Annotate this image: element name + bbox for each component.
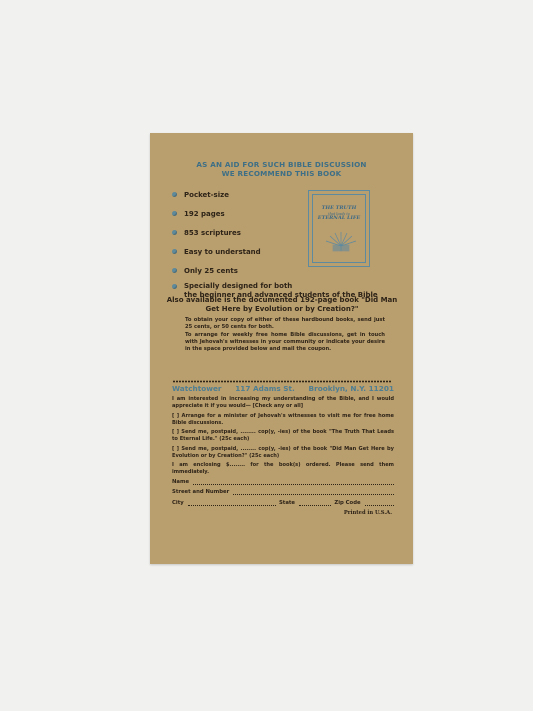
checkbox-option-truth-book[interactable]: [ ] Send me, postpaid, ........ cop(y, -…	[172, 429, 394, 443]
bullet-icon	[172, 192, 177, 197]
heading-line-1: AS AN AID FOR SUCH BIBLE DISCUSSION	[150, 160, 413, 169]
feature-list: Pocket-size 192 pages 853 scriptures Eas…	[172, 185, 322, 280]
enclosing-text: I am enclosing $........ for the book(s)…	[172, 462, 394, 476]
feature-item: 192 pages	[172, 204, 322, 223]
street-address: 117 Adams St.	[235, 384, 295, 393]
feature-item: Pocket-size	[172, 185, 322, 204]
org-name: Watchtower	[172, 384, 222, 393]
cut-line-divider	[172, 380, 392, 383]
pamphlet-card: AS AN AID FOR SUCH BIBLE DISCUSSION WE R…	[150, 133, 413, 564]
bullet-icon	[172, 211, 177, 216]
feature-item: Only 25 cents	[172, 261, 322, 280]
arrange-text: To arrange for weekly free home Bible di…	[185, 332, 385, 353]
checkbox-option-evolution-book[interactable]: [ ] Send me, postpaid, ........ cop(y, -…	[172, 446, 394, 460]
bullet-icon	[172, 249, 177, 254]
heading-line-2: WE RECOMMEND THIS BOOK	[150, 169, 413, 178]
book-cover-image: THE TRUTH that leads to ETERNAL LIFE	[308, 190, 370, 267]
also-available-text: Also available is the documented 192-pag…	[162, 296, 402, 314]
open-book-rays-icon	[322, 229, 360, 257]
street-field[interactable]: Street and Number	[172, 489, 394, 495]
coupon-intro: I am interested in increasing my underst…	[172, 396, 394, 410]
heading: AS AN AID FOR SUCH BIBLE DISCUSSION WE R…	[150, 160, 413, 178]
name-field[interactable]: Name	[172, 479, 394, 485]
bullet-icon	[172, 268, 177, 273]
feature-item: Easy to understand	[172, 242, 322, 261]
feature-item: 853 scriptures	[172, 223, 322, 242]
printed-in-usa: Printed in U.S.A.	[344, 510, 392, 516]
checkbox-option-visit[interactable]: [ ] Arrange for a minister of Jehovah's …	[172, 413, 394, 427]
bullet-icon	[172, 284, 177, 289]
city-address: Brooklyn, N.Y. 11201	[309, 384, 394, 393]
coupon-address: Watchtower 117 Adams St. Brooklyn, N.Y. …	[172, 384, 394, 393]
bullet-icon	[172, 230, 177, 235]
book-title-1: THE TRUTH	[313, 206, 365, 211]
obtain-text: To obtain your copy of either of these h…	[185, 317, 385, 331]
book-title-3: ETERNAL LIFE	[313, 216, 365, 221]
city-state-zip-field[interactable]: City State Zip Code	[172, 500, 394, 506]
